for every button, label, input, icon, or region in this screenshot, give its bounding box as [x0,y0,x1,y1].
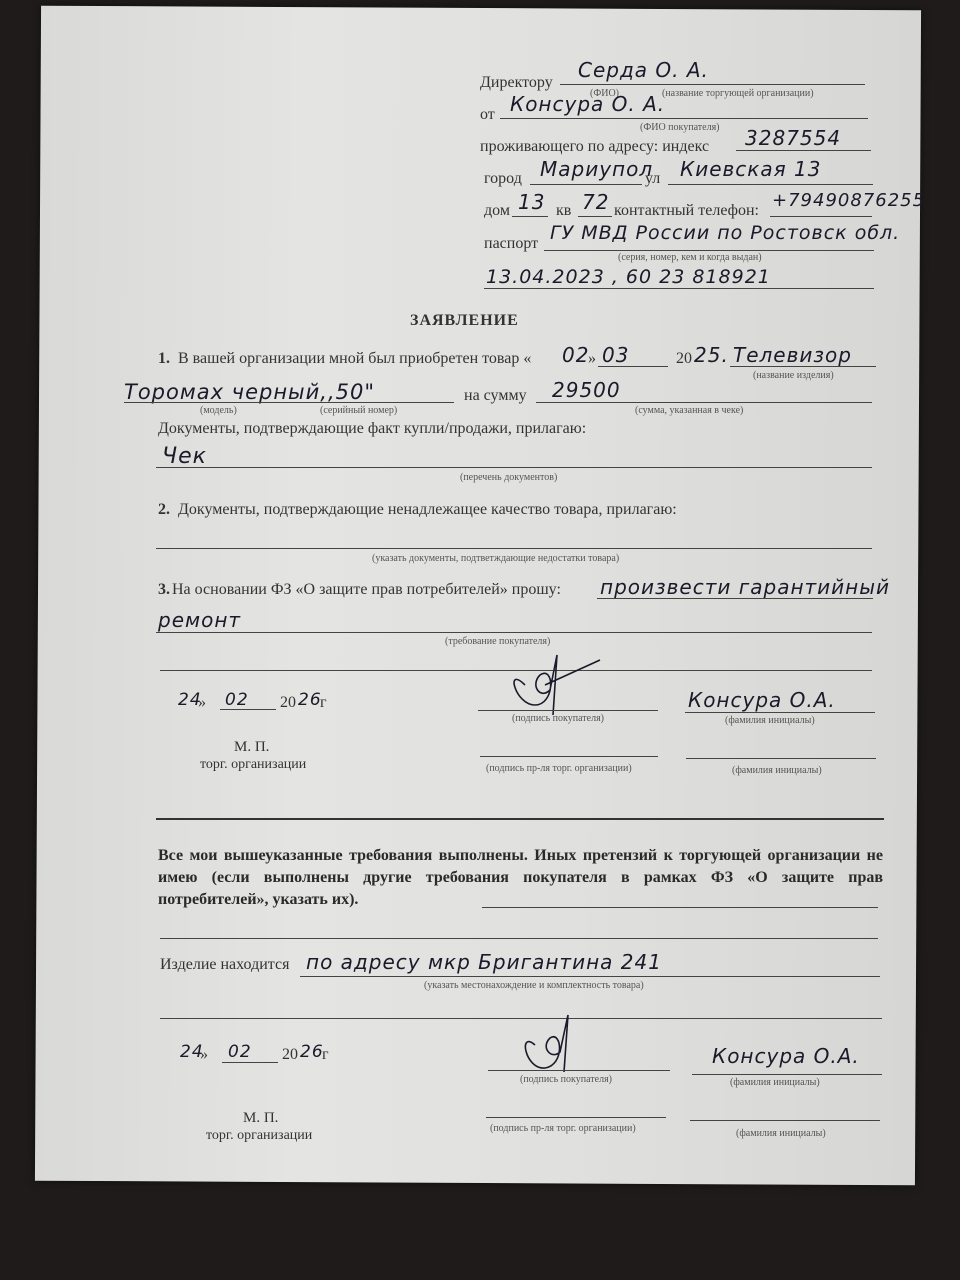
seller-sig-caption-1: (подпись пр-ля торг. организации) [486,763,632,774]
director-line [560,84,865,85]
buyer-sig-line-2 [488,1070,670,1071]
address-label: проживающего по адресу: индекс [480,138,709,156]
mp-1: М. П. [234,739,269,756]
apt-value[interactable]: 72 [582,190,609,214]
closing-line1[interactable] [482,907,878,908]
section-divider [156,818,884,820]
city-label: город [484,170,522,188]
passport-line2 [484,288,874,289]
section2-caption: (указать документы, подтветждающие недос… [372,553,619,564]
index-value[interactable]: 3287554 [745,126,841,150]
request-line1[interactable]: произвести гарантийный [600,575,890,599]
seller-sig-line-2 [486,1117,666,1118]
sign2-month[interactable]: 02 [228,1042,252,1062]
product-value[interactable]: Телевизор [733,343,852,367]
purchase-year-prefix: 20 [676,350,692,368]
location-caption: (указать местонахождение и комплектность… [424,980,644,991]
location-label: Изделие находится [160,956,289,974]
seller-name-caption-1: (фамилия инициалы) [732,765,822,776]
from-caption: (ФИО покупателя) [640,122,720,133]
street-line [668,184,873,185]
quote-close-3: » [200,1046,208,1064]
name-caption-1: (фамилия инициалы) [725,715,815,726]
product-caption: (название изделия) [753,370,834,381]
purchase-month[interactable]: 03 [602,343,629,367]
sign1-month-line [220,709,276,710]
buyer-name-line-1 [685,712,875,713]
serial-caption: (серийный номер) [320,405,397,416]
docs-line [156,467,872,468]
passport-value-line1[interactable]: ГУ МВД России по Ростовск обл. [550,222,900,244]
passport-label: паспорт [484,235,538,253]
director-value[interactable]: Серда О. А. [578,58,709,82]
phone-value[interactable]: +79490876255 [772,190,925,211]
passport-caption: (серия, номер, кем и когда выдан) [618,252,762,263]
section1-text: В вашей организации мной был приобретен … [178,350,531,368]
buyer-name-line-2 [692,1074,882,1075]
from-value[interactable]: Конcура О. А. [510,92,665,116]
docs-caption: (перечень документов) [460,472,557,483]
purchase-month-line [598,366,668,367]
sum-value[interactable]: 29500 [552,378,621,402]
docs-value[interactable]: Чек [162,444,207,469]
from-label: от [480,106,495,124]
name-caption-2: (фамилия инициалы) [730,1077,820,1088]
sign1-year-prefix: 20 [280,694,296,712]
city-line [530,184,642,185]
purchase-year-suffix[interactable]: 25. [694,343,729,367]
phone-line [770,216,872,217]
section3-number: 3. [158,581,170,599]
model-caption: (модель) [200,405,237,416]
mp-2: М. П. [243,1110,278,1127]
seller-sig-caption-2: (подпись пр-ля торг. организации) [490,1123,636,1134]
section3-text: На основании ФЗ «О защите прав потребите… [172,581,561,599]
buyer-name-1[interactable]: Конcура О.А. [688,688,836,712]
sign1-year-suffix[interactable]: 26 [298,690,322,710]
house-line [512,216,548,217]
org-1: торг. организации [200,757,306,773]
apt-line [578,216,612,217]
seller-name-line-1 [686,758,876,759]
sign1-year-g: г [320,694,327,712]
from-line [500,118,868,119]
seller-sig-line-1 [480,756,658,757]
house-value[interactable]: 13 [518,190,545,214]
sign1-month[interactable]: 02 [225,690,249,710]
passport-line1 [544,250,874,251]
sign2-year-g: г [322,1046,329,1064]
request-line1-rule [597,598,873,599]
location-value[interactable]: по адресу мкр Бригантина 241 [306,950,662,974]
quote-close: » [588,350,596,368]
phone-label: контактный телефон: [614,202,759,220]
buyer-sig-line-1 [478,710,658,711]
apt-label: кв [556,202,571,220]
location-line [300,976,880,977]
section2-text: Документы, подтверждающие ненадлежащее к… [178,501,677,519]
index-line [736,150,871,151]
section2-line[interactable] [156,548,872,549]
quote-close-2: » [198,694,206,712]
purchase-day[interactable]: 02 [562,343,589,367]
sign2-month-line [222,1062,278,1063]
model-value[interactable]: Торомах черный,,50" [124,380,375,404]
page-title: ЗАЯВЛЕНИЕ [410,312,519,330]
sum-line [536,402,872,403]
closing-paragraph: Все мои вышеуказанные требования выполне… [158,845,883,911]
buyer-sig-caption-1: (подпись покупателя) [512,713,604,724]
buyer-name-2[interactable]: Конcура О.А. [712,1044,860,1068]
sign2-year-suffix[interactable]: 26 [300,1042,324,1062]
org-2: торг. организации [206,1128,312,1144]
sum-caption: (сумма, указанная в чеке) [635,405,743,416]
city-value[interactable]: Мариупол [540,157,653,181]
section2-number: 2. [158,501,170,519]
street-value[interactable]: Киевская 13 [680,157,821,181]
street-label: ул [645,170,660,188]
closing-line2[interactable] [160,938,878,939]
sign2-year-prefix: 20 [282,1046,298,1064]
director-caption-org: (название торгующей организации) [662,88,814,99]
product-line [730,366,876,367]
section1-number: 1. [158,350,170,368]
request-line2[interactable]: ремонт [158,608,241,632]
sum-label: на сумму [464,387,527,405]
request-line2-rule [156,632,872,633]
seller-name-line-2 [690,1120,880,1121]
seller-name-caption-2: (фамилия инициалы) [736,1128,826,1139]
buyer-sig-caption-2: (подпись покупателя) [520,1074,612,1085]
docs-label: Документы, подтверждающие факт купли/про… [158,420,586,438]
house-label: дом [484,202,510,220]
passport-value-line2[interactable]: 13.04.2023 , 60 23 818921 [486,266,771,288]
director-label: Директору [480,74,553,92]
model-line [124,402,454,403]
